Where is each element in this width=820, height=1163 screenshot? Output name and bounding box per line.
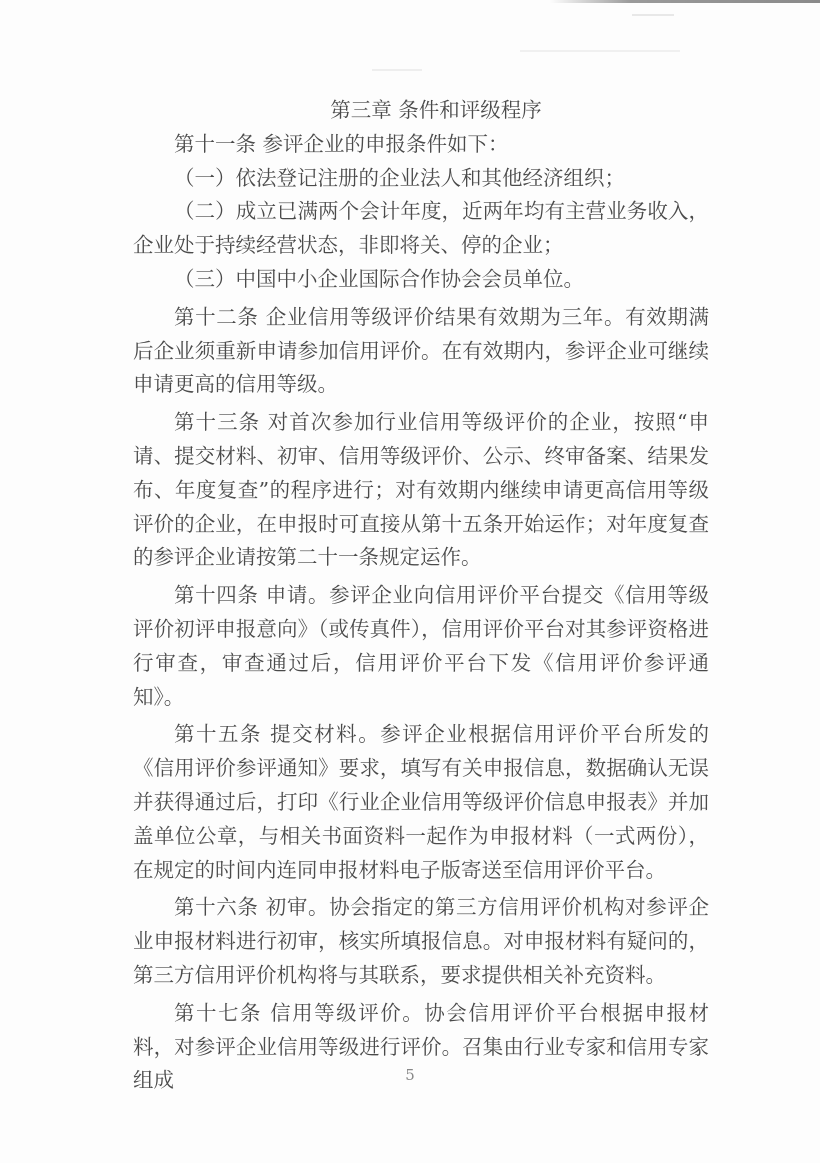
article-11-item-2: （二）成立已满两个会计年度，近两年均有主营业务收入，企业处于持续经营状态，非即将…	[133, 195, 709, 263]
article-15: 第十五条 提交材料。参评企业根据信用评价平台所发的《信用评价参评通知》要求，填写…	[133, 718, 709, 887]
article-11: 第十一条 参评企业的申报条件如下：	[133, 128, 709, 162]
article-16: 第十六条 初审。协会指定的第三方信用评价机构对参评企业申报材料进行初审，核实所填…	[133, 891, 709, 992]
scan-edge-line	[550, 0, 820, 3]
article-12: 第十二条 企业信用等级评价结果有效期为三年。有效期满后企业须重新申请参加信用评价…	[133, 301, 709, 402]
scan-artifact	[372, 69, 422, 71]
article-14: 第十四条 申请。参评企业向信用评价平台提交《信用等级评价初评申报意向》（或传真件…	[133, 579, 709, 714]
document-page: 第三章 条件和评级程序 第十一条 参评企业的申报条件如下： （一）依法登记注册的…	[133, 94, 709, 1098]
article-13: 第十三条 对首次参加行业信用等级评价的企业，按照“申请、提交材料、初审、信用等级…	[133, 406, 709, 575]
chapter-title: 第三章 条件和评级程序	[133, 94, 709, 128]
scan-artifact	[632, 14, 674, 16]
article-11-item-1: （一）依法登记注册的企业法人和其他经济组织；	[133, 162, 709, 196]
scan-artifact	[520, 50, 680, 52]
article-11-item-3: （三）中国中小企业国际合作协会会员单位。	[133, 263, 709, 297]
page-number: 5	[0, 1066, 820, 1084]
